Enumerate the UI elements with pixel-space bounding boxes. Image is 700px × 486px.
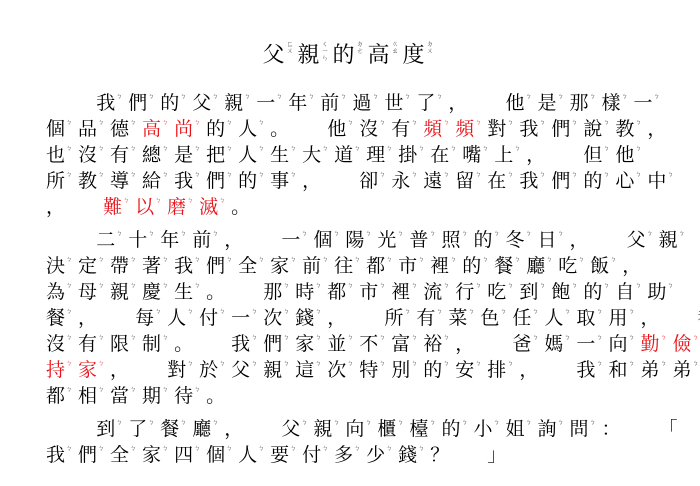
zhuyin-annotation: ㄅ (558, 419, 567, 426)
title-char: 高ㄍㄠ (368, 38, 390, 69)
zhuyin-annotation: ㄅ (194, 282, 203, 289)
zhuyin-annotation: ㄅ (558, 93, 567, 100)
text-char: 父ㄅ (192, 90, 211, 116)
zhuyin-annotation: ㄅ (66, 119, 75, 126)
text-char: 大ㄅ (302, 142, 321, 168)
zhuyin-annotation: ㄅ (578, 256, 587, 263)
title-char: 親ㄑㄧㄣ (297, 38, 319, 69)
text-char (334, 168, 346, 194)
text-char: 磨ㄅ (167, 194, 186, 220)
text-char: 付ㄅ (199, 305, 218, 331)
text-char: 裕ㄅ (423, 331, 442, 357)
zhuyin-annotation: ㄅ (162, 145, 171, 152)
text-char: 我ㄅ (174, 168, 193, 194)
zhuyin-annotation: ㄅ (679, 230, 688, 237)
zhuyin-annotation: ㄉㄨ (426, 41, 435, 55)
zhuyin-annotation: ㄅ (315, 282, 324, 289)
zhuyin-annotation: ㄅ (155, 197, 164, 204)
text-char: 前ㄅ (320, 90, 339, 116)
zhuyin-annotation: ㄅ (571, 171, 580, 178)
text-char: 尚ㄅ (174, 116, 193, 142)
zhuyin-annotation: ㄅ (667, 171, 676, 178)
text-char: 助ㄅ (647, 279, 666, 305)
zhuyin-annotation: ㄅ (596, 360, 605, 367)
zhuyin-annotation: ㄅ (155, 308, 164, 315)
zhuyin-annotation: ㄅ (411, 282, 420, 289)
text-char: 裡ㄅ (430, 253, 449, 279)
text-char: ， (224, 416, 243, 442)
zhuyin-annotation: ㄅ (564, 334, 573, 341)
text-char (110, 305, 122, 331)
text-char: 。 (174, 331, 193, 357)
text-char (462, 442, 474, 468)
text-char: 弟ㄅ (672, 357, 691, 383)
text-char: 特ㄅ (359, 357, 378, 383)
text-char: 都ㄅ (366, 253, 385, 279)
zhuyin-annotation: ㄅ (212, 230, 221, 237)
text-char (359, 305, 371, 331)
zhuyin-annotation: ㄅ (692, 334, 700, 341)
text-char (634, 416, 646, 442)
text-char: 了ㄅ (416, 90, 435, 116)
text-char: 人ㄅ (238, 442, 257, 468)
text-char: ， (327, 305, 346, 331)
zhuyin-annotation: ㄅ (347, 360, 356, 367)
zhuyin-annotation: ㄅ (212, 419, 221, 426)
zhuyin-annotation: ㄅ (379, 282, 388, 289)
text-line: 二ㄅ十ㄅ年ㄅ前ㄅ， 一ㄅ個ㄅ陽ㄅ光ㄅ普ㄅ照ㄅ的ㄅ冬ㄅ日ㄅ， 父ㄅ親ㄅ (46, 227, 666, 253)
text-char: 流ㄅ (423, 279, 442, 305)
zhuyin-annotation: ㄅ (418, 256, 427, 263)
text-char: 親ㄅ (263, 357, 282, 383)
text-char: 檯ㄅ (409, 416, 428, 442)
zhuyin-annotation: ㄅ (647, 230, 656, 237)
zhuyin-annotation: ㄅ (571, 119, 580, 126)
text-char: 我ㄅ (46, 442, 65, 468)
zhuyin-annotation: ㄅ (251, 360, 260, 367)
text-char: 期ㄅ (142, 383, 161, 409)
zhuyin-annotation: ㄅ (372, 93, 381, 100)
text-char: 次ㄅ (327, 357, 346, 383)
text-char: 品ㄅ (78, 116, 97, 142)
zhuyin-annotation: ㄅ (226, 119, 235, 126)
text-char: 高ㄅ (142, 116, 161, 142)
text-char (46, 90, 58, 116)
text-char: 餐ㄅ (160, 416, 179, 442)
text-char: 的ㄅ (473, 227, 492, 253)
text-char: 也ㄅ (46, 142, 65, 168)
text-char: 飯ㄅ (590, 253, 609, 279)
text-char: 人ㄅ (167, 305, 186, 331)
text-char: ， (570, 227, 589, 253)
text-char: 一ㄅ (634, 90, 653, 116)
zhuyin-annotation: ㄅ (290, 445, 299, 452)
text-char: 爸ㄅ (512, 331, 531, 357)
zhuyin-annotation: ㄅ (66, 308, 75, 315)
text-char: 往ㄅ (334, 253, 353, 279)
text-char: 們ㄅ (206, 253, 225, 279)
text-char: 那ㄅ (570, 90, 589, 116)
text-char: 他ㄅ (615, 142, 634, 168)
zhuyin-annotation: ㄅ (365, 230, 374, 237)
text-char: 。 (270, 116, 289, 142)
zhuyin-annotation: ㄅ (379, 171, 388, 178)
text-char: 是ㄅ (174, 142, 193, 168)
zhuyin-annotation: ㄈㄨ (285, 41, 294, 55)
text-char: 到ㄅ (96, 416, 115, 442)
text-line: 為ㄅ母ㄅ親ㄅ慶ㄅ生ㄅ。 那ㄅ時ㄅ都ㄅ市ㄅ裡ㄅ流ㄅ行ㄅ吃ㄅ到ㄅ飽ㄅ的ㄅ自ㄅ助ㄅ (46, 279, 666, 305)
zhuyin-annotation: ㄅ (251, 308, 260, 315)
text-char: ， (224, 227, 243, 253)
text-char (206, 331, 218, 357)
zhuyin-annotation: ㄅ (558, 230, 567, 237)
zhuyin-annotation: ㄅ (276, 93, 285, 100)
text-char: 道ㄅ (334, 142, 353, 168)
text-char: 裡ㄅ (391, 279, 410, 305)
text-char: 的ㄅ (462, 253, 481, 279)
text-char: 我ㄅ (576, 357, 595, 383)
text-char: 用ㄅ (608, 305, 627, 331)
text-char: 和ㄅ (608, 357, 627, 383)
text-char: 家ㄅ (295, 331, 314, 357)
zhuyin-annotation: ㄅ (654, 93, 663, 100)
text-char: 。 (206, 279, 225, 305)
text-char: 菜ㄅ (448, 305, 467, 331)
text-char: 錢ㄅ (398, 442, 417, 468)
zhuyin-annotation: ㄅ (450, 145, 459, 152)
zhuyin-annotation: ㄅ (98, 119, 107, 126)
zhuyin-annotation: ㄅ (258, 171, 267, 178)
text-char: 人ㄅ (238, 142, 257, 168)
text-char: ， (455, 331, 474, 357)
zhuyin-annotation: ㄅ (411, 171, 420, 178)
zhuyin-annotation: ㄅ (130, 386, 139, 393)
zhuyin-annotation: ㄅ (226, 256, 235, 263)
zhuyin-annotation: ㄅ (443, 171, 452, 178)
zhuyin-annotation: ㄅ (130, 256, 139, 263)
text-char: 難ㄅ (103, 194, 122, 220)
zhuyin-annotation: ㄅ (98, 386, 107, 393)
zhuyin-annotation: ㄅ (635, 171, 644, 178)
zhuyin-annotation: ㄅ (66, 171, 75, 178)
text-char: 們ㄅ (78, 442, 97, 468)
text-char: 當ㄅ (110, 383, 129, 409)
zhuyin-annotation: ㄅ (194, 256, 203, 263)
zhuyin-annotation: ㄅ (162, 282, 171, 289)
zhuyin-annotation: ㄅ (66, 386, 75, 393)
zhuyin-annotation: ㄅ (258, 119, 267, 126)
text-char: 的ㄅ (583, 168, 602, 194)
text-char: ， (526, 142, 545, 168)
text-char: ， (647, 116, 666, 142)
zhuyin-annotation: ㄅ (130, 171, 139, 178)
text-char: 德ㄅ (110, 116, 129, 142)
text-char: 小ㄅ (473, 416, 492, 442)
text-char: 我ㄅ (519, 168, 538, 194)
text-char: 以ㄅ (135, 194, 154, 220)
text-char (71, 227, 83, 253)
text-line: 都ㄅ相ㄅ當ㄅ期ㄅ待ㄅ。 (46, 383, 666, 409)
zhuyin-annotation: ㄅ (333, 419, 342, 426)
zhuyin-annotation: ㄅ (628, 334, 637, 341)
text-char: 照ㄅ (441, 227, 460, 253)
text-char: 總ㄅ (142, 142, 161, 168)
zhuyin-annotation: ㄅ (628, 360, 637, 367)
zhuyin-annotation: ㄅ (635, 145, 644, 152)
text-char: 決ㄅ (46, 253, 65, 279)
zhuyin-annotation: ㄅ (660, 360, 669, 367)
zhuyin-annotation: ㄅ (308, 93, 317, 100)
text-char: 前ㄅ (192, 227, 211, 253)
text-char: 的ㄅ (441, 416, 460, 442)
zhuyin-annotation: ㄅ (443, 360, 452, 367)
zhuyin-annotation: ㄅ (347, 334, 356, 341)
text-char: ， (110, 357, 129, 383)
zhuyin-annotation: ㄅ (628, 308, 637, 315)
zhuyin-annotation: ㄑㄧㄣ (320, 41, 329, 62)
zhuyin-annotation: ㄅ (507, 171, 516, 178)
text-char: 們ㄅ (551, 116, 570, 142)
text-char: 安ㄅ (455, 357, 474, 383)
text-line: 我ㄅ們ㄅ的ㄅ父ㄅ親ㄅ一ㄅ年ㄅ前ㄅ過ㄅ世ㄅ了ㄅ， 他ㄅ是ㄅ那ㄅ樣ㄅ一ㄅ (46, 90, 666, 116)
zhuyin-annotation: ㄅ (622, 93, 631, 100)
zhuyin-annotation: ㄅ (418, 445, 427, 452)
text-char: 我ㄅ (96, 90, 115, 116)
text-char: 儉ㄅ (672, 331, 691, 357)
text-char: 個ㄅ (46, 116, 65, 142)
zhuyin-annotation: ㄅ (315, 308, 324, 315)
zhuyin-annotation: ㄅ (187, 360, 196, 367)
zhuyin-annotation: ㄅ (514, 256, 523, 263)
text-char: 光ㄅ (377, 227, 396, 253)
text-char: 行ㄅ (455, 279, 474, 305)
text-line: 到ㄅ了ㄅ餐ㄅ廳ㄅ， 父ㄅ親ㄅ向ㄅ櫃ㄅ檯ㄅ的ㄅ小ㄅ姐ㄅ詢ㄅ問ㄅ： 「 (46, 416, 666, 442)
text-char: ， (302, 168, 321, 194)
text-char: 這ㄅ (295, 357, 314, 383)
text-char: 的ㄅ (160, 90, 179, 116)
zhuyin-annotation: ㄅ (514, 145, 523, 152)
text-char (46, 227, 58, 253)
text-line: 我ㄅ們ㄅ全ㄅ家ㄅ四ㄅ個ㄅ人ㄅ要ㄅ付ㄅ多ㄅ少ㄅ錢ㄅ？ 」 (46, 442, 666, 468)
zhuyin-annotation: ㄅ (283, 308, 292, 315)
text-char: 媽ㄅ (544, 331, 563, 357)
zhuyin-annotation: ㄅ (130, 145, 139, 152)
zhuyin-annotation: ㄅ (98, 360, 107, 367)
text-char: 都ㄅ (327, 279, 346, 305)
text-char: 給ㄅ (142, 168, 161, 194)
zhuyin-annotation: ㄅ (610, 256, 619, 263)
text-char: 制ㄅ (142, 331, 161, 357)
text-char: 親ㄅ (313, 416, 332, 442)
zhuyin-annotation: ㄅ (194, 171, 203, 178)
text-char: 前ㄅ (302, 253, 321, 279)
text-char: 上ㄅ (494, 142, 513, 168)
text-char: 永ㄅ (391, 168, 410, 194)
zhuyin-annotation: ㄅ (219, 197, 228, 204)
text-char (487, 331, 499, 357)
text-char: 一ㄅ (281, 227, 300, 253)
text-char: 富ㄅ (391, 331, 410, 357)
text-char: 那ㄅ (263, 279, 282, 305)
text-char: 在ㄅ (487, 168, 506, 194)
zhuyin-annotation: ㄅ (450, 256, 459, 263)
text-char: 年ㄅ (160, 227, 179, 253)
text-char: 家ㄅ (78, 357, 97, 383)
text-char: 」 (487, 442, 506, 468)
text-char: 們ㄅ (128, 90, 147, 116)
zhuyin-annotation: ㄅ (283, 360, 292, 367)
text-line: ， 難ㄅ以ㄅ磨ㄅ滅ㄅ。 (46, 194, 666, 220)
text-char: 有ㄅ (110, 142, 129, 168)
text-line: 也ㄅ沒ㄅ有ㄅ總ㄅ是ㄅ把ㄅ人ㄅ生ㄅ大ㄅ道ㄅ理ㄅ掛ㄅ在ㄅ嘴ㄅ上ㄅ， 但ㄅ他ㄅ (46, 142, 666, 168)
text-char: 帶ㄅ (110, 253, 129, 279)
zhuyin-annotation: ㄅ (429, 419, 438, 426)
text-char: 色ㄅ (480, 305, 499, 331)
zhuyin-annotation: ㄅ (443, 334, 452, 341)
text-char: 父ㄅ (231, 357, 250, 383)
zhuyin-annotation: ㄅ (212, 93, 221, 100)
zhuyin-annotation: ㄅ (493, 230, 502, 237)
text-char (142, 357, 154, 383)
zhuyin-annotation: ㄅ (244, 93, 253, 100)
text-char: 人ㄅ (544, 305, 563, 331)
zhuyin-annotation: ㄅ (251, 334, 260, 341)
zhuyin-annotation: ㄅ (180, 230, 189, 237)
zhuyin-annotation: ㄅ (411, 334, 420, 341)
zhuyin-annotation: ㄅ (386, 256, 395, 263)
title-char: 度ㄉㄨ (403, 38, 425, 69)
zhuyin-annotation: ㄅ (187, 308, 196, 315)
text-char: 過ㄅ (352, 90, 371, 116)
text-char (558, 142, 570, 168)
text-char: 有ㄅ (416, 305, 435, 331)
text-line: 決ㄅ定ㄅ帶ㄅ著ㄅ我ㄅ們ㄅ全ㄅ家ㄅ前ㄅ往ㄅ都ㄅ市ㄅ裡ㄅ的ㄅ餐ㄅ廳ㄅ吃ㄅ飯ㄅ， (46, 253, 666, 279)
zhuyin-annotation: ㄅ (315, 360, 324, 367)
zhuyin-annotation: ㄅ (539, 282, 548, 289)
text-char: 普ㄅ (409, 227, 428, 253)
text-char: ， (519, 357, 538, 383)
text-char: 到ㄅ (519, 279, 538, 305)
zhuyin-annotation: ㄅ (162, 119, 171, 126)
text-char: 掛ㄅ (398, 142, 417, 168)
text-char: 廳ㄅ (526, 253, 545, 279)
text-char: 向ㄅ (345, 416, 364, 442)
text-char: 導ㄅ (110, 168, 129, 194)
text-char: 年ㄅ (288, 90, 307, 116)
text-char: 並ㄅ (327, 331, 346, 357)
zhuyin-annotation: ㄅ (571, 282, 580, 289)
zhuyin-annotation: ㄅ (123, 197, 132, 204)
text-char: 別ㄅ (391, 357, 410, 383)
text-char: 全ㄅ (238, 253, 257, 279)
text-char: 吃ㄅ (487, 279, 506, 305)
zhuyin-annotation: ㄅ (482, 256, 491, 263)
zhuyin-annotation: ㄅ (290, 171, 299, 178)
zhuyin-annotation: ㄅ (354, 145, 363, 152)
text-char: 於ㄅ (199, 357, 218, 383)
text-char: 心ㄅ (615, 168, 634, 194)
zhuyin-annotation: ㄉㄜ (356, 41, 365, 55)
zhuyin-annotation: ㄅ (347, 119, 356, 126)
zhuyin-annotation: ㄅ (436, 93, 445, 100)
text-char: ， (640, 305, 659, 331)
title-char: 父ㄈㄨ (262, 38, 284, 69)
text-char (256, 416, 268, 442)
text-char (78, 194, 90, 220)
zhuyin-annotation: ㄅ (379, 334, 388, 341)
text-char: 我ㄅ (519, 116, 538, 142)
text-char: 說ㄅ (583, 116, 602, 142)
text-char: 家ㄅ (270, 253, 289, 279)
text-char (602, 227, 614, 253)
text-char: 不ㄅ (359, 331, 378, 357)
zhuyin-annotation: ㄅ (66, 445, 75, 452)
text-char: 沒ㄅ (46, 331, 65, 357)
text-char: 陽ㄅ (345, 227, 364, 253)
text-char: 所ㄅ (384, 305, 403, 331)
text-char: 父ㄅ (627, 227, 646, 253)
zhuyin-annotation: ㄅ (162, 256, 171, 263)
text-char: 的ㄅ (423, 357, 442, 383)
text-char: 的ㄅ (583, 279, 602, 305)
zhuyin-annotation: ㄅ (507, 119, 516, 126)
text-char: 取ㄅ (576, 305, 595, 331)
zhuyin-annotation: ㄅ (532, 334, 541, 341)
zhuyin-annotation: ㄅ (397, 419, 406, 426)
zhuyin-annotation: ㄅ (130, 445, 139, 452)
text-char: 把ㄅ (206, 142, 225, 168)
zhuyin-annotation: ㄅ (475, 360, 484, 367)
text-char: 教ㄅ (78, 168, 97, 194)
text-char: 全ㄅ (110, 442, 129, 468)
text-char: 詢ㄅ (537, 416, 556, 442)
zhuyin-annotation: ㄅ (525, 93, 534, 100)
text-char: 在ㄅ (430, 142, 449, 168)
text-char (256, 227, 268, 253)
text-char: 事ㄅ (270, 168, 289, 194)
zhuyin-annotation: ㄅ (290, 145, 299, 152)
zhuyin-annotation: ㄅ (482, 145, 491, 152)
zhuyin-annotation: ㄅ (315, 334, 324, 341)
zhuyin-annotation: ㄅ (148, 419, 157, 426)
zhuyin-annotation: ㄅ (500, 308, 509, 315)
zhuyin-annotation: ㄅ (258, 145, 267, 152)
text-char: 任ㄅ (512, 305, 531, 331)
text-char: 的ㄅ (238, 168, 257, 194)
zhuyin-annotation: ㄅ (219, 308, 228, 315)
zhuyin-annotation: ㄅ (130, 282, 139, 289)
zhuyin-annotation: ㄅ (411, 360, 420, 367)
zhuyin-annotation: ㄅ (603, 282, 612, 289)
text-char: 著ㄅ (142, 253, 161, 279)
text-char: 們ㄅ (263, 331, 282, 357)
text-char: 是ㄅ (537, 90, 556, 116)
text-char: 排ㄅ (487, 357, 506, 383)
zhuyin-annotation: ㄅ (564, 308, 573, 315)
text-char: 問ㄅ (570, 416, 589, 442)
zhuyin-annotation: ㄅ (162, 445, 171, 452)
text-char: 個ㄅ (206, 442, 225, 468)
text-char: 有ㄅ (78, 331, 97, 357)
text-char: 人ㄅ (238, 116, 257, 142)
zhuyin-annotation: ㄅ (290, 256, 299, 263)
zhuyin-annotation: ㄅ (226, 445, 235, 452)
text-char: 教ㄅ (615, 116, 634, 142)
zhuyin-annotation: ㄅ (98, 282, 107, 289)
zhuyin-annotation: ㄅ (667, 282, 676, 289)
text-char: 飽ㄅ (551, 279, 570, 305)
text-char: 父ㄅ (281, 416, 300, 442)
